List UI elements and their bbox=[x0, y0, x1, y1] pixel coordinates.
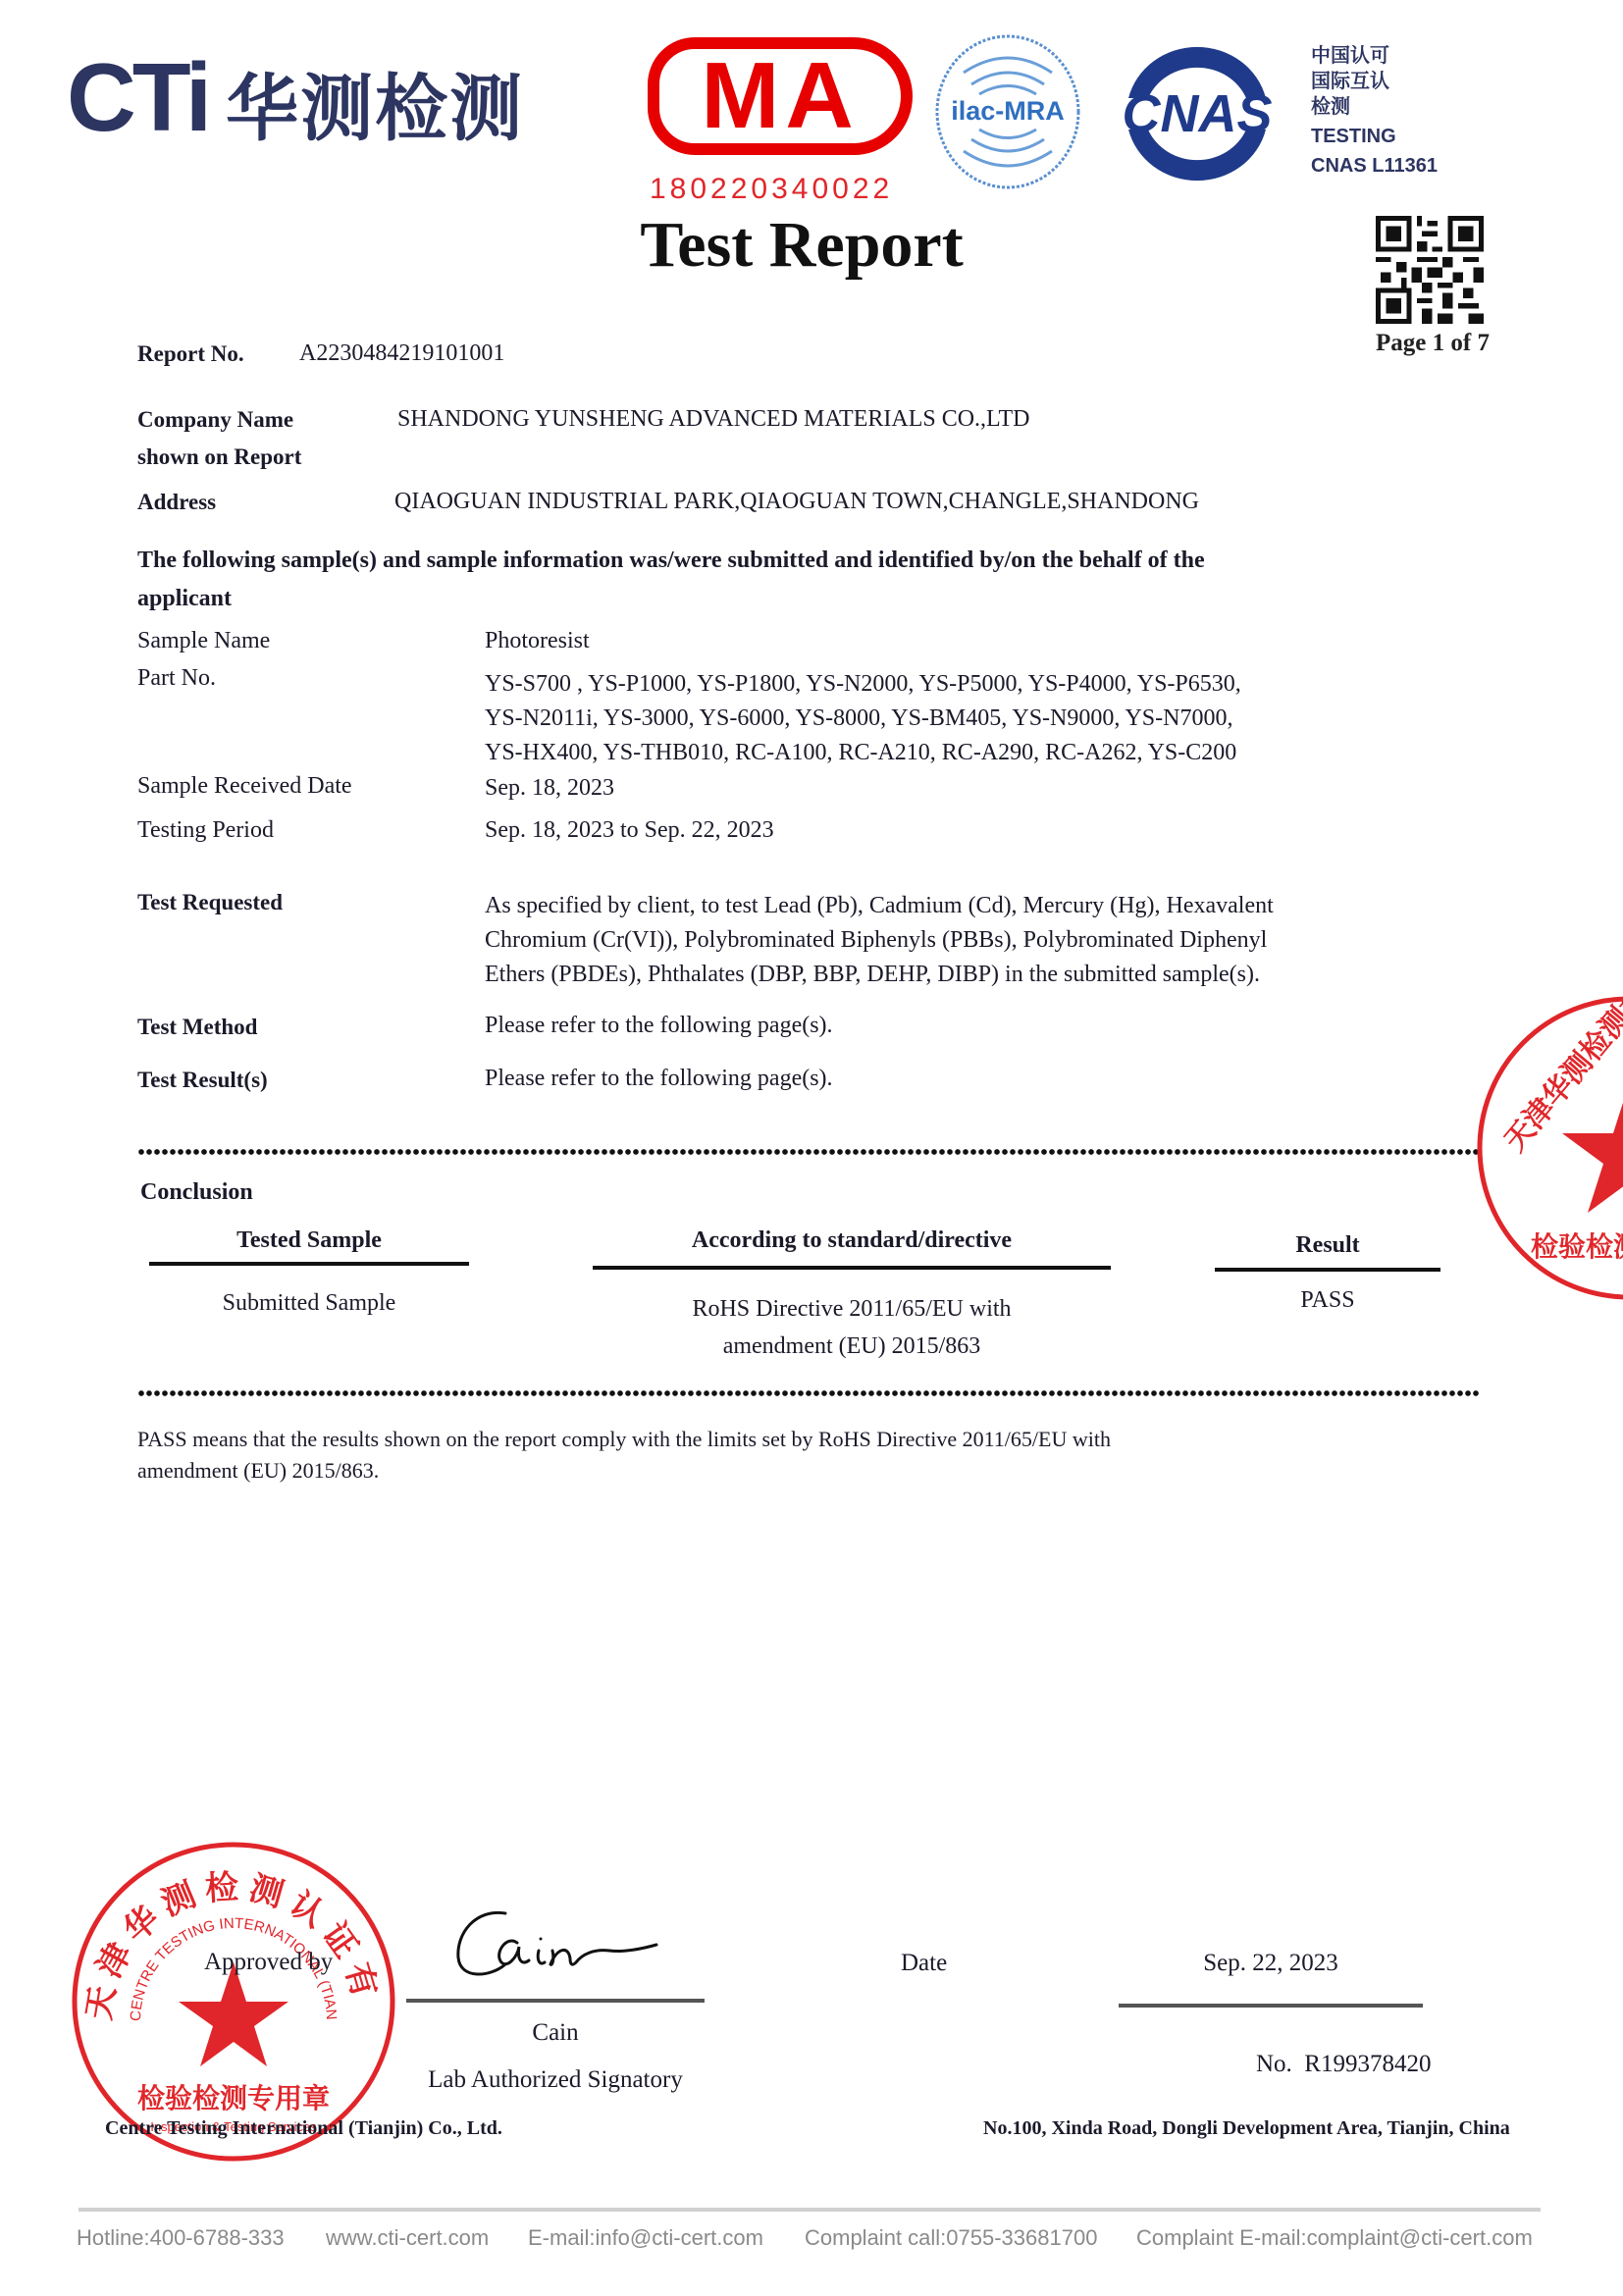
conclusion-heading: Conclusion bbox=[140, 1179, 253, 1206]
column-header-standard: According to standard/directive bbox=[593, 1227, 1111, 1254]
svg-text:天津华测检测认证有限公司: 天津华测检测认证有限公司 bbox=[1497, 991, 1623, 1158]
cnas-line: CNAS L11361 bbox=[1311, 153, 1438, 179]
signature-line bbox=[406, 1999, 705, 2003]
received-date-value: Sep. 18, 2023 bbox=[485, 775, 614, 802]
company-name-value: SHANDONG YUNSHENG ADVANCED MATERIALS CO.… bbox=[397, 406, 1029, 433]
report-no-value: A2230484219101001 bbox=[299, 340, 504, 367]
part-no-label: Part No. bbox=[137, 665, 216, 692]
company-label: Company Name bbox=[137, 407, 293, 433]
standard-value: RoHS Directive 2011/65/EU with amendment… bbox=[593, 1290, 1111, 1365]
dotted-divider bbox=[137, 1148, 1480, 1156]
part-no-line: YS-S700 , YS-P1000, YS-P1800, YS-N2000, … bbox=[485, 667, 1241, 702]
signer-title: Lab Authorized Signatory bbox=[387, 2066, 724, 2094]
cnas-line: 检测 bbox=[1311, 94, 1438, 120]
date-value: Sep. 22, 2023 bbox=[1119, 1950, 1423, 1977]
column-rule bbox=[1215, 1268, 1440, 1272]
standard-line: amendment (EU) 2015/863 bbox=[593, 1328, 1111, 1365]
standard-line: RoHS Directive 2011/65/EU with bbox=[593, 1290, 1111, 1328]
cma-mark-text: MA bbox=[701, 49, 859, 143]
cnas-line: 国际互认 bbox=[1311, 69, 1438, 94]
cti-logo-chinese: 华测检测 bbox=[226, 73, 524, 145]
lab-company-address: No.100, Xinda Road, Dongli Development A… bbox=[983, 2117, 1510, 2140]
test-requested-line: Chromium (Cr(VI)), Polybrominated Biphen… bbox=[485, 923, 1274, 958]
test-method-label: Test Method bbox=[137, 1015, 257, 1040]
svg-text:检验检测专用章: 检验检测专用章 bbox=[1531, 1230, 1623, 1263]
cnas-accreditation-text: 中国认可 国际互认 检测 TESTING CNAS L11361 bbox=[1311, 43, 1438, 179]
svg-text:CENTRE TESTING INTERNATIONAL (: CENTRE TESTING INTERNATIONAL (TIANJIN) C… bbox=[67, 1835, 340, 2021]
footer-complaint-call: Complaint call:0755-33681700 bbox=[805, 2225, 1097, 2251]
column-header-tested-sample: Tested Sample bbox=[149, 1227, 469, 1254]
pass-note: PASS means that the results shown on the… bbox=[137, 1427, 1111, 1452]
lab-company-name: Centre Testing International (Tianjin) C… bbox=[105, 2117, 502, 2140]
received-date-label: Sample Received Date bbox=[137, 773, 352, 800]
page-indicator: Page 1 of 7 bbox=[1376, 330, 1490, 357]
svg-text:CNAS: CNAS bbox=[1122, 84, 1272, 143]
result-value: PASS bbox=[1215, 1287, 1440, 1314]
part-no-line: YS-HX400, YS-THB010, RC-A100, RC-A210, R… bbox=[485, 736, 1241, 770]
cnas-line: TESTING bbox=[1311, 124, 1438, 149]
column-rule bbox=[149, 1262, 469, 1266]
signature-icon bbox=[446, 1904, 672, 1987]
svg-text:天津华测检测认证有限公司: 天津华测检测认证有限公司 bbox=[67, 1835, 387, 2022]
report-no-label: Report No. bbox=[137, 341, 244, 367]
official-seal-icon: 天津华测检测认证有限公司 检验检测专用章 bbox=[1472, 991, 1623, 1305]
footer-website-link[interactable]: www.cti-cert.com bbox=[326, 2225, 489, 2251]
testing-period-label: Testing Period bbox=[137, 817, 274, 844]
sample-name-value: Photoresist bbox=[485, 628, 590, 654]
dotted-divider bbox=[137, 1389, 1480, 1397]
footer-email-link[interactable]: E-mail:info@cti-cert.com bbox=[528, 2225, 763, 2251]
pass-note-2: amendment (EU) 2015/863. bbox=[137, 1458, 379, 1484]
test-requested-line: Ethers (PBDEs), Phthalates (DBP, BBP, DE… bbox=[485, 958, 1274, 992]
part-no-list: YS-S700 , YS-P1000, YS-P1800, YS-N2000, … bbox=[485, 667, 1241, 770]
testing-period-value: Sep. 18, 2023 to Sep. 22, 2023 bbox=[485, 817, 774, 844]
certificate-number: No. R199378420 bbox=[1256, 2051, 1431, 2078]
test-requested-label: Test Requested bbox=[137, 890, 283, 915]
test-results-label: Test Result(s) bbox=[137, 1068, 268, 1093]
column-rule bbox=[593, 1266, 1111, 1270]
part-no-line: YS-N2011i, YS-3000, YS-6000, YS-8000, YS… bbox=[485, 702, 1241, 736]
signer-name: Cain bbox=[406, 2019, 705, 2047]
sample-name-label: Sample Name bbox=[137, 628, 270, 654]
cnas-line: 中国认可 bbox=[1311, 43, 1438, 69]
test-requested-line: As specified by client, to test Lead (Pb… bbox=[485, 889, 1274, 923]
cnas-logo-icon: CNAS bbox=[1109, 39, 1285, 186]
test-requested-value: As specified by client, to test Lead (Pb… bbox=[485, 889, 1274, 992]
qr-code-icon[interactable] bbox=[1376, 216, 1484, 324]
test-method-value: Please refer to the following page(s). bbox=[485, 1013, 833, 1039]
test-results-value: Please refer to the following page(s). bbox=[485, 1066, 833, 1092]
intro-text: The following sample(s) and sample infor… bbox=[137, 548, 1205, 574]
footer-complaint-email-link[interactable]: Complaint E-mail:complaint@cti-cert.com bbox=[1136, 2225, 1533, 2251]
address-label: Address bbox=[137, 490, 216, 515]
address-value: QIAOGUAN INDUSTRIAL PARK,QIAOGUAN TOWN,C… bbox=[394, 489, 1199, 515]
cti-logo: CTi 华测检测 bbox=[67, 49, 524, 145]
intro-text-2: applicant bbox=[137, 586, 232, 612]
cti-logo-latin: CTi bbox=[67, 49, 208, 145]
footer-hotline: Hotline:400-6788-333 bbox=[77, 2225, 285, 2251]
svg-text:检验检测专用章: 检验检测专用章 bbox=[137, 2082, 330, 2114]
footer-divider bbox=[79, 2208, 1541, 2212]
cma-number: 180220340022 bbox=[650, 173, 893, 206]
cma-logo: MA bbox=[648, 37, 913, 155]
company-label-2: shown on Report bbox=[137, 444, 301, 470]
ilac-mra-logo-icon: ilac-MRA bbox=[934, 33, 1081, 190]
date-line bbox=[1119, 2004, 1423, 2008]
column-header-result: Result bbox=[1215, 1232, 1440, 1259]
tested-sample-value: Submitted Sample bbox=[149, 1290, 469, 1317]
svg-text:ilac-MRA: ilac-MRA bbox=[951, 96, 1065, 126]
date-label: Date bbox=[901, 1950, 947, 1977]
approved-by-label: Approved by bbox=[204, 1949, 333, 1976]
